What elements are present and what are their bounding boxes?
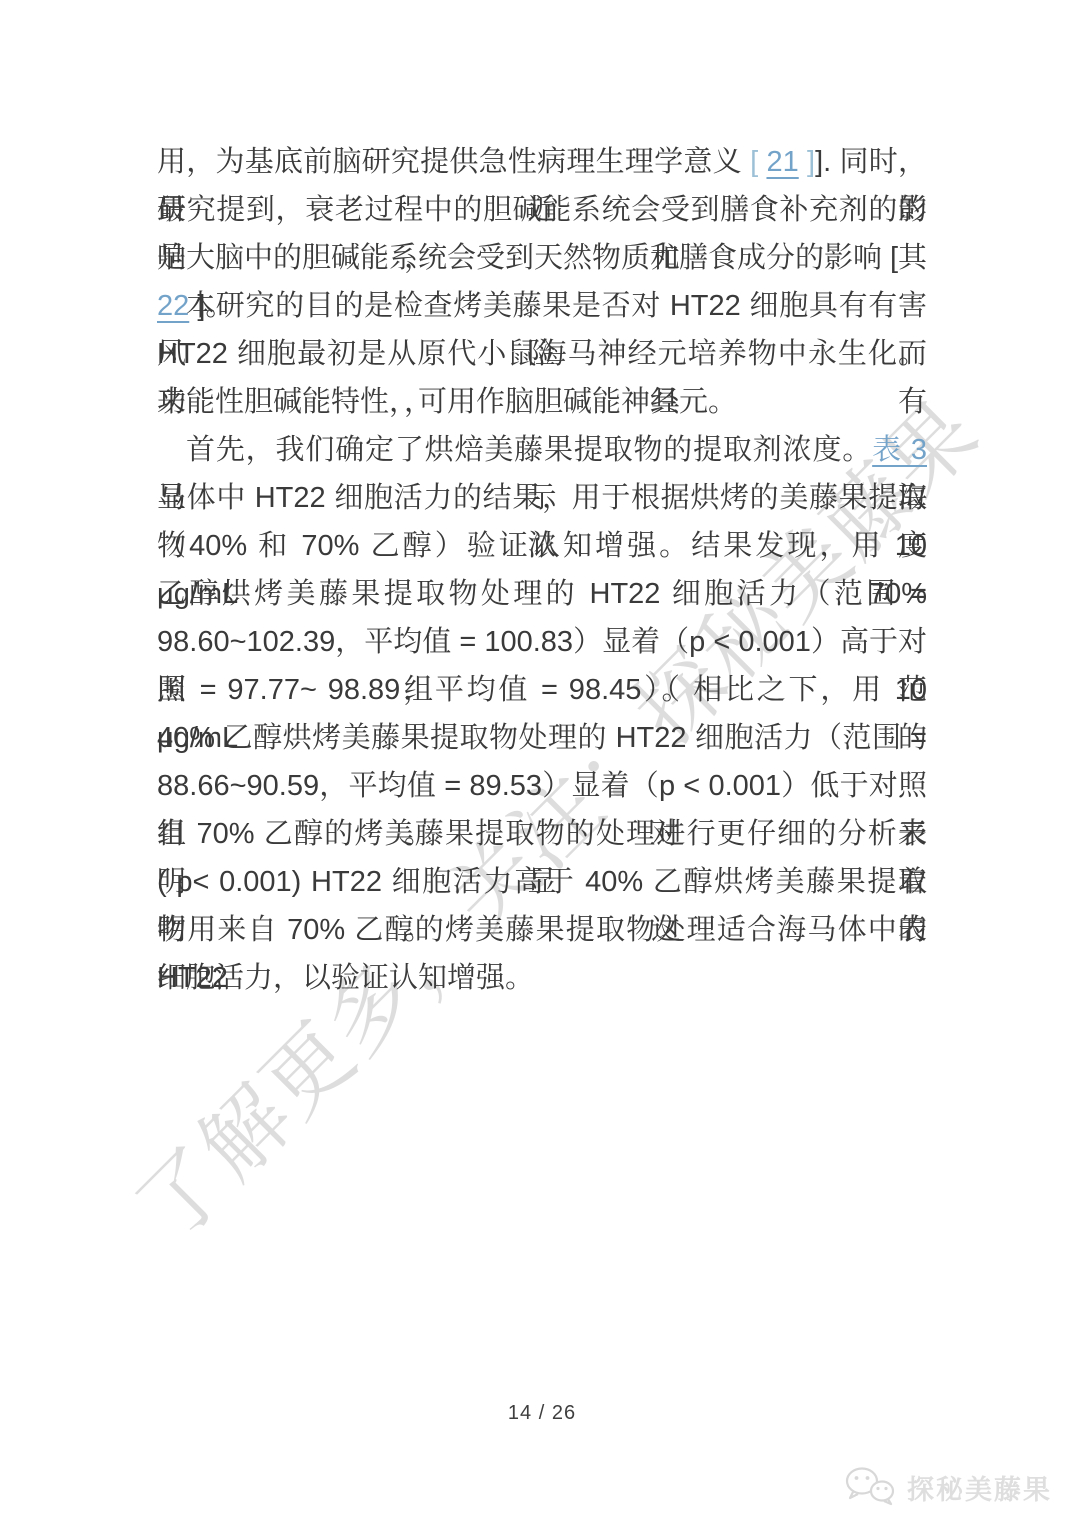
wechat-icon xyxy=(843,1465,897,1509)
citation-link[interactable]: 表 3 xyxy=(872,434,927,466)
text-line: 自 70% 乙醇的烤美藤果提取物的处理进行更仔细的分析表明显着 xyxy=(157,810,927,858)
document-page: 了解更多，关注：探秘美藤果 用，为基底前脑研究提供急性病理生理学意义 [ 21 … xyxy=(0,0,1080,1527)
citation-link[interactable]: 22 xyxy=(157,290,189,322)
citation-link[interactable]: 21 xyxy=(766,146,798,178)
text-segment: 首先，我们确定了烘焙美藤果提取物的提取剂浓度。 xyxy=(186,434,872,466)
text-line: 88.66~90.59，平均值 = 89.53）显着（p < 0.001）低于对… xyxy=(157,762,927,810)
text-segment: 乙醇烘烤美藤果提取物处理的 HT22 细胞活力（范围 = xyxy=(157,578,927,610)
text-segment: 细胞活力，以验证认知增强。 xyxy=(157,962,534,994)
text-line: 本研究的目的是检查烤美藤果是否对 HT22 细胞具有有害风险。 xyxy=(157,282,927,330)
text-line: 98.60~102.39，平均值 = 100.83）显着（p < 0.001）高… xyxy=(157,618,927,666)
brand-watermark-label: 探秘美藤果 xyxy=(907,1468,1052,1507)
page-number: 14 / 26 xyxy=(157,1402,927,1425)
text-line: 用，为基底前脑研究提供急性病理生理学意义 [ 21 ]]. 同时，最近的 xyxy=(157,138,927,186)
text-line: 明用来自 70% 乙醇的烤美藤果提取物处理适合海马体中的 HT22 xyxy=(157,906,927,954)
text-line: ( p< 0.001) HT22 细胞活力高于 40% 乙醇烘烤美藤果提取物。这… xyxy=(157,858,927,906)
text-segment: 是大脑中的胆碱能系统会受到天然物质和膳食成分的影响 [ xyxy=(157,242,898,274)
document-body: 用，为基底前脑研究提供急性病理生理学意义 [ 21 ]]. 同时，最近的研究提到… xyxy=(157,138,927,1002)
text-line: 围 = 97.77~ 98.89，平均值 = 98.45）。相比之下，用 10 … xyxy=(157,666,927,714)
text-segment: 40% 乙醇烘烤美藤果提取物处理的 HT22 细胞活力（范围 = xyxy=(157,722,927,754)
text-line: 40% 乙醇烘烤美藤果提取物处理的 HT22 细胞活力（范围 = xyxy=(157,714,927,762)
text-segment: 功能性胆碱能特性，可用作脑胆碱能神经元。 xyxy=(157,386,737,418)
brand-watermark: 探秘美藤果 xyxy=(843,1465,1052,1509)
text-line: 细胞活力，以验证认知增强。 xyxy=(157,954,927,1002)
citation-bracket: [ xyxy=(750,146,766,178)
text-line: （40% 和 70% 乙醇）验证认知增强。结果发现，用 10 μg/mL 70% xyxy=(157,522,927,570)
text-line: 是大脑中的胆碱能系统会受到天然物质和膳食成分的影响 [ 22 ]。 xyxy=(157,234,927,282)
citation-bracket: ] xyxy=(799,146,815,178)
text-line: 首先，我们确定了烘焙美藤果提取物的提取剂浓度。表 3 显示海 xyxy=(157,426,927,474)
text-line: HT22 细胞最初是从原代小鼠海马神经元培养物中永生化而来，具有 xyxy=(157,330,927,378)
text-segment: 用，为基底前脑研究提供急性病理生理学意义 xyxy=(157,146,750,178)
text-line: 乙醇烘烤美藤果提取物处理的 HT22 细胞活力（范围 = xyxy=(157,570,927,618)
text-line: 马体中 HT22 细胞活力的结果，用于根据烘烤的美藤果提取物浓度 xyxy=(157,474,927,522)
text-line: 研究提到，衰老过程中的胆碱能系统会受到膳食补充剂的影响，尤其 xyxy=(157,186,927,234)
